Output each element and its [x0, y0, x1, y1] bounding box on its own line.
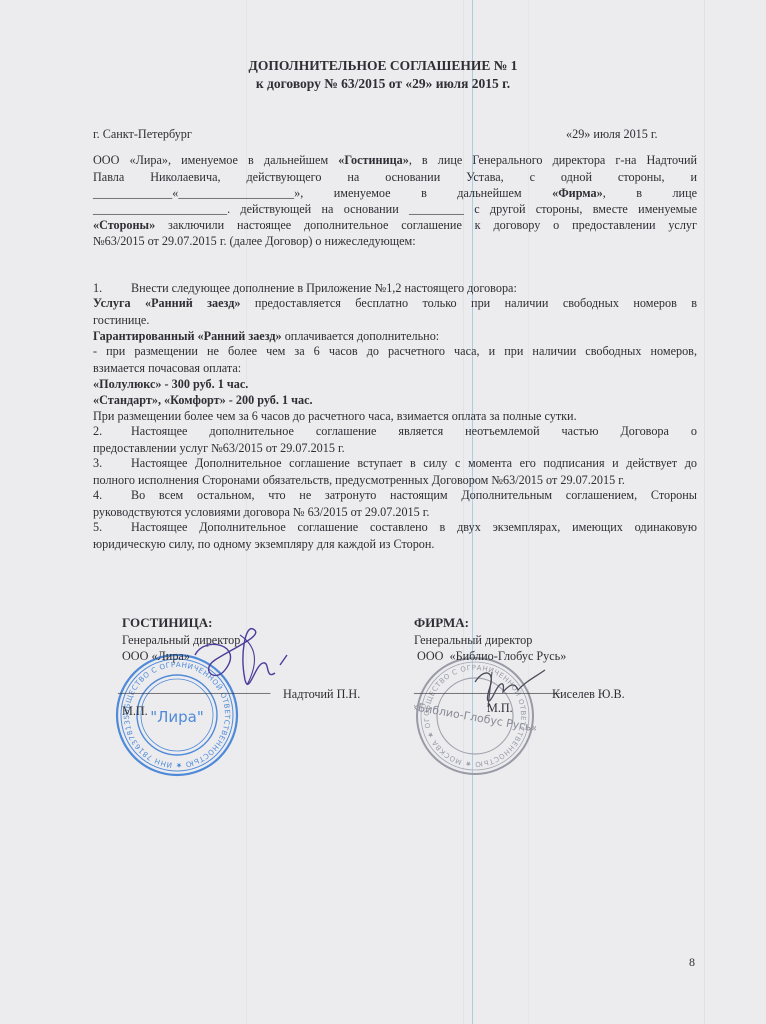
- clause-5: юридическую силу, по одному экземпляру д…: [93, 536, 434, 553]
- document-title: ДОПОЛНИТЕЛЬНОЕ СОГЛАШЕНИЕ № 1: [0, 58, 766, 74]
- clause-4: руководствуются условиями договора № 63/…: [93, 504, 429, 521]
- hotel-stamp-center: "Лира": [150, 708, 204, 726]
- firm-signatory-name: Киселев Ю.В.: [552, 686, 625, 703]
- clause-4: 4.Во всем остальном, что не затронуто на…: [93, 488, 697, 503]
- city: г. Санкт-Петербург: [93, 126, 192, 143]
- page-number: 8: [689, 955, 695, 970]
- preamble-line: ______________________. действующей на о…: [93, 202, 697, 217]
- hotel-signature: [185, 625, 295, 700]
- clause-3: 3.Настоящее Дополнительное соглашение вс…: [93, 456, 697, 471]
- preamble-line: ООО «Лира», именуемое в дальнейшем «Гост…: [93, 153, 697, 168]
- scan-artifact-line: [704, 0, 705, 1024]
- firm-heading: ФИРМА:: [414, 615, 469, 631]
- clause-2: предоставлении услуг №63/2015 от 29.07.2…: [93, 440, 345, 457]
- document-subtitle: к договору № 63/2015 от «29» июля 2015 г…: [0, 76, 766, 92]
- firm-position: Генеральный директор: [414, 632, 532, 649]
- hotel-company: ООО «Лира»: [122, 648, 190, 665]
- preamble-line: _____________«___________________», имен…: [93, 186, 697, 201]
- clause-5: 5.Настоящее Дополнительное соглашение со…: [93, 520, 697, 535]
- clause-1-paragraph: Гарантированный «Ранний заезд» оплачивае…: [93, 328, 439, 345]
- clause-1: 1.Внести следующее дополнение в Приложен…: [93, 280, 517, 297]
- hotel-seal-label: М.П.: [122, 703, 148, 720]
- preamble-line: Павла Николаевича, действующего на основ…: [93, 170, 697, 185]
- clause-1-paragraph: взимается почасовая оплата:: [93, 360, 241, 377]
- preamble-line: «Стороны» заключили настоящее дополнител…: [93, 218, 697, 233]
- price-standard-comfort: «Стандарт», «Комфорт» - 200 руб. 1 час.: [93, 392, 313, 409]
- clause-2: 2.Настоящее дополнительное соглашение яв…: [93, 424, 697, 439]
- price-semi-lux: «Полулюкс» - 300 руб. 1 час.: [93, 376, 248, 393]
- firm-signature: [470, 662, 550, 712]
- clause-1-paragraph: - при размещении не более чем за 6 часов…: [93, 344, 697, 359]
- clause-3: полного исполнения Сторонами обязательст…: [93, 472, 625, 489]
- document-page: ДОПОЛНИТЕЛЬНОЕ СОГЛАШЕНИЕ № 1 к договору…: [0, 0, 766, 1024]
- preamble-line: №63/2015 от 29.07.2015 г. (далее Договор…: [93, 234, 697, 249]
- clause-1-paragraph: Услуга «Ранний заезд» предоставляется бе…: [93, 296, 697, 311]
- clause-1-paragraph: гостинице.: [93, 312, 149, 329]
- clause-1-paragraph: При размещении более чем за 6 часов до р…: [93, 408, 577, 425]
- date: «29» июля 2015 г.: [566, 126, 658, 143]
